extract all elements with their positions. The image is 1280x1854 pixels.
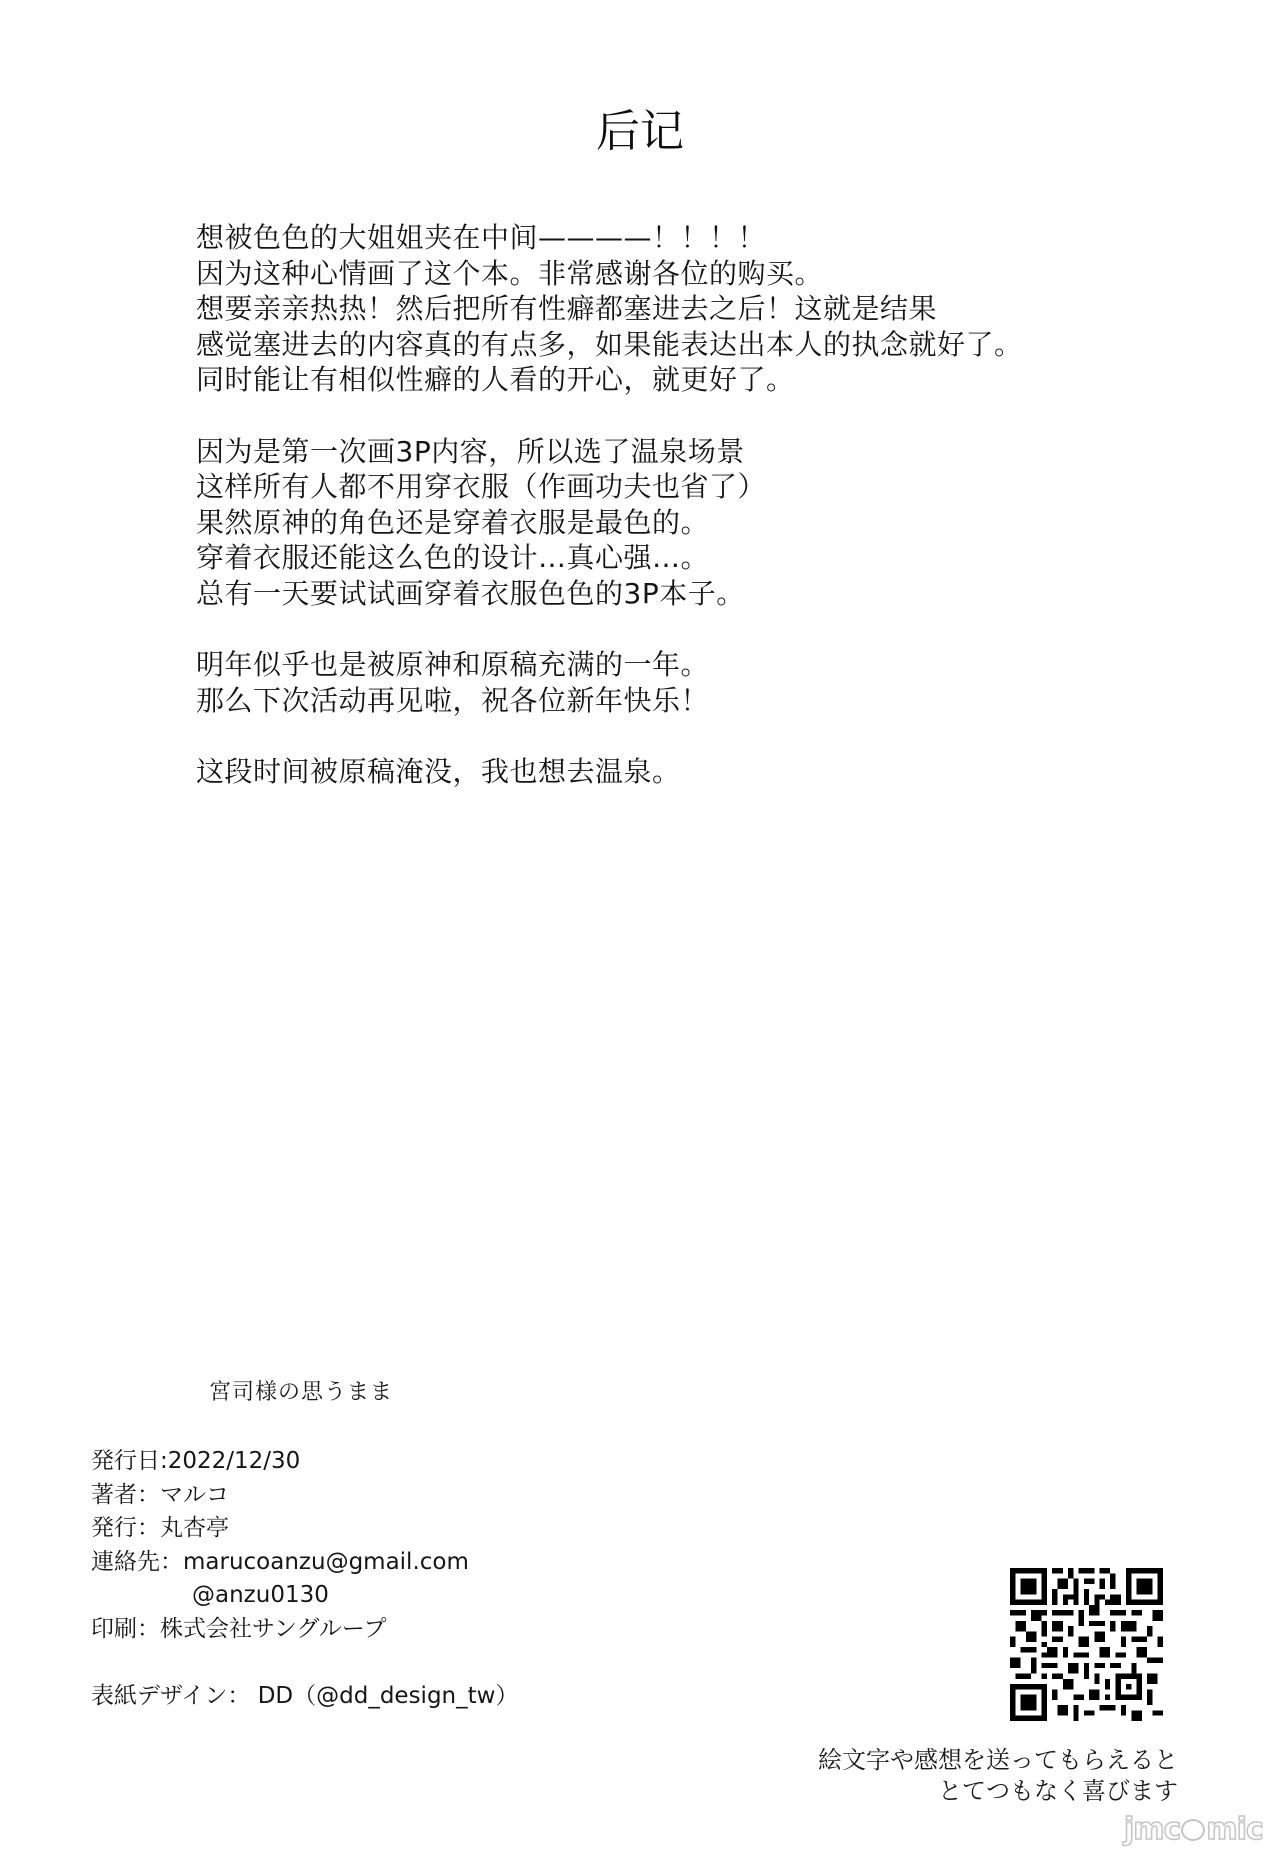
text-line: 穿着衣服还能这么色的设计…真心强…。 (196, 540, 1156, 576)
afterword-paragraph: 想被色色的大姐姐夹在中间————！！！！ 因为这种心情画了这个本。非常感谢各位的… (196, 220, 1156, 398)
watermark-text: mic (1206, 1812, 1262, 1848)
colophon: 発行日:2022/12/30 著者：マルコ 発行：丸杏亭 連絡先：marucoa… (91, 1445, 518, 1713)
book-title: 宮司様の思うまま (209, 1378, 393, 1408)
text-line: 明年似乎也是被原神和原稿充满的一年。 (196, 647, 1156, 683)
afterword-paragraph: 因为是第一次画3P内容，所以选了温泉场景 这样所有人都不用穿衣服（作画功夫也省了… (196, 434, 1156, 612)
watermark-logo: jmc mic (1124, 1812, 1274, 1848)
text-line: 因为是第一次画3P内容，所以选了温泉场景 (196, 434, 1156, 470)
text-line: 想要亲亲热热！然后把所有性癖都塞进去之后！这就是结果 (196, 291, 1156, 327)
publish-date: 発行日:2022/12/30 (91, 1445, 518, 1479)
qr-code-graphic (1010, 1568, 1163, 1721)
text-line: 想被色色的大姐姐夹在中间————！！！！ (196, 220, 1156, 256)
qr-code-icon (1010, 1568, 1163, 1721)
printer: 印刷：株式会社サングループ (91, 1613, 518, 1647)
text-line: 同时能让有相似性癖的人看的开心，就更好了。 (196, 362, 1156, 398)
cover-design: 表紙デザイン： DD（@dd_design_tw） (91, 1680, 518, 1714)
feedback-message-line: 絵文字や感想を送ってもらえると (818, 1745, 1178, 1776)
author: 著者：マルコ (91, 1479, 518, 1513)
text-line: 总有一天要试试画穿着衣服色色的3P本子。 (196, 576, 1156, 612)
text-line: 感觉塞进去的内容真的有点多，如果能表达出本人的执念就好了。 (196, 327, 1156, 363)
text-line: 那么下次活动再见啦，祝各位新年快乐！ (196, 683, 1156, 719)
afterword-body: 想被色色的大姐姐夹在中间————！！！！ 因为这种心情画了这个本。非常感谢各位的… (196, 220, 1156, 825)
contact-handle: @anzu0130 (91, 1579, 518, 1613)
text-line: 果然原神的角色还是穿着衣服是最色的。 (196, 505, 1156, 541)
afterword-paragraph: 这段时间被原稿淹没，我也想去温泉。 (196, 754, 1156, 790)
mascot-icon (1181, 1819, 1205, 1841)
afterword-paragraph: 明年似乎也是被原神和原稿充满的一年。 那么下次活动再见啦，祝各位新年快乐！ (196, 647, 1156, 718)
feedback-message: 絵文字や感想を送ってもらえると とてつもなく喜びます (818, 1745, 1178, 1807)
page-title: 后记 (0, 104, 1280, 160)
contact-email: 連絡先：marucoanzu@gmail.com (91, 1546, 518, 1580)
watermark-text: jmc (1124, 1812, 1180, 1848)
feedback-message-line: とてつもなく喜びます (818, 1776, 1178, 1807)
publisher: 発行：丸杏亭 (91, 1512, 518, 1546)
spacer (91, 1646, 518, 1680)
text-line: 这样所有人都不用穿衣服（作画功夫也省了） (196, 469, 1156, 505)
text-line: 因为这种心情画了这个本。非常感谢各位的购买。 (196, 256, 1156, 292)
text-line: 这段时间被原稿淹没，我也想去温泉。 (196, 754, 1156, 790)
